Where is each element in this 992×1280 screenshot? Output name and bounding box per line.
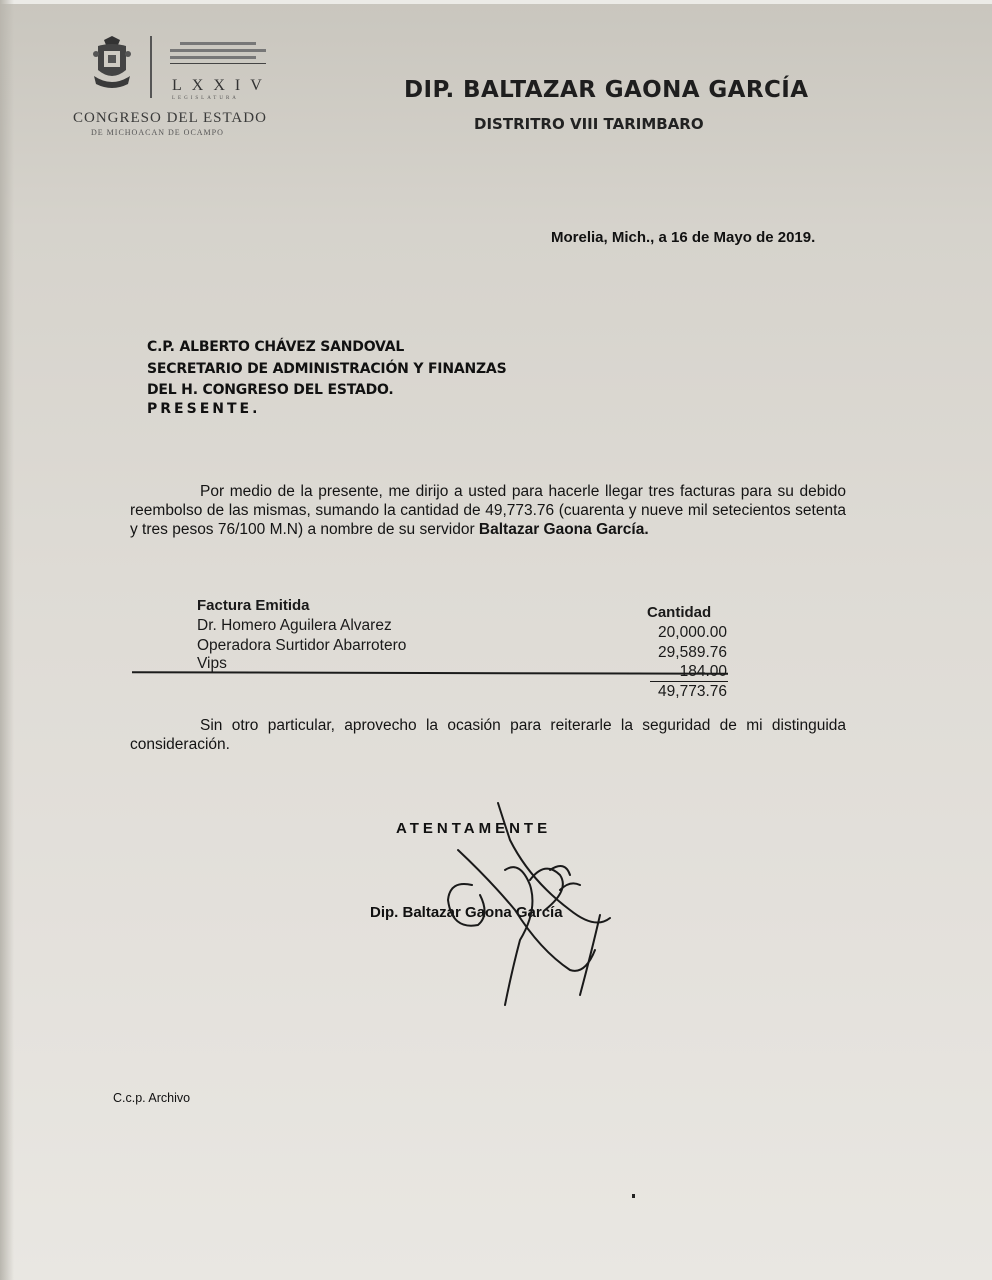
table-row-amount: 20,000.00 <box>658 624 727 642</box>
paper-speck <box>632 1194 635 1198</box>
table-row-issuer: Vips <box>197 655 227 673</box>
logo-divider <box>150 36 152 98</box>
legislature-label: LEGISLATURA <box>172 96 239 101</box>
recipient-organization: DEL H. CONGRESO DEL ESTADO. <box>147 382 394 398</box>
institution-state: DE MICHOACAN DE OCAMPO <box>91 128 224 137</box>
paragraph-1-bold-name: Baltazar Gaona García. <box>479 521 649 538</box>
date-line: Morelia, Mich., a 16 de Mayo de 2019. <box>551 229 815 246</box>
table-row-issuer: Operadora Surtidor Abarrotero <box>197 637 406 655</box>
paragraph-2-text: Sin otro particular, aprovecho la ocasió… <box>130 717 846 753</box>
page-edge <box>0 0 992 4</box>
recipient-title: SECRETARIO DE ADMINISTRACIÓN Y FINANZAS <box>147 361 506 377</box>
institution-name: CONGRESO DEL ESTADO <box>73 110 267 127</box>
body-paragraph-2: Sin otro particular, aprovecho la ocasió… <box>130 716 846 754</box>
district-heading: DISTRITRO VIII TARIMBARO <box>474 115 704 133</box>
carbon-copy-note: C.c.p. Archivo <box>113 1091 190 1105</box>
table-row-amount: 29,589.76 <box>658 644 727 662</box>
legislature-emblem <box>170 38 266 72</box>
table-divider <box>132 671 728 675</box>
table-header-amount: Cantidad <box>647 604 711 621</box>
recipient-name: C.P. ALBERTO CHÁVEZ SANDOVAL <box>147 339 404 355</box>
table-header-issuer: Factura Emitida <box>197 597 310 614</box>
page-shadow <box>0 0 14 1280</box>
table-row-issuer: Dr. Homero Aguilera Alvarez <box>197 617 392 635</box>
legislature-number: LXXIV <box>172 77 272 95</box>
coat-of-arms-icon <box>92 36 132 92</box>
body-paragraph-1: Por medio de la presente, me dirijo a us… <box>130 482 846 539</box>
table-total: 49,773.76 <box>658 683 727 701</box>
deputy-name-heading: DIP. BALTAZAR GAONA GARCÍA <box>404 77 808 103</box>
recipient-greeting: PRESENTE. <box>147 401 260 417</box>
total-underline <box>650 681 728 682</box>
handwritten-signature-icon <box>420 800 620 1015</box>
